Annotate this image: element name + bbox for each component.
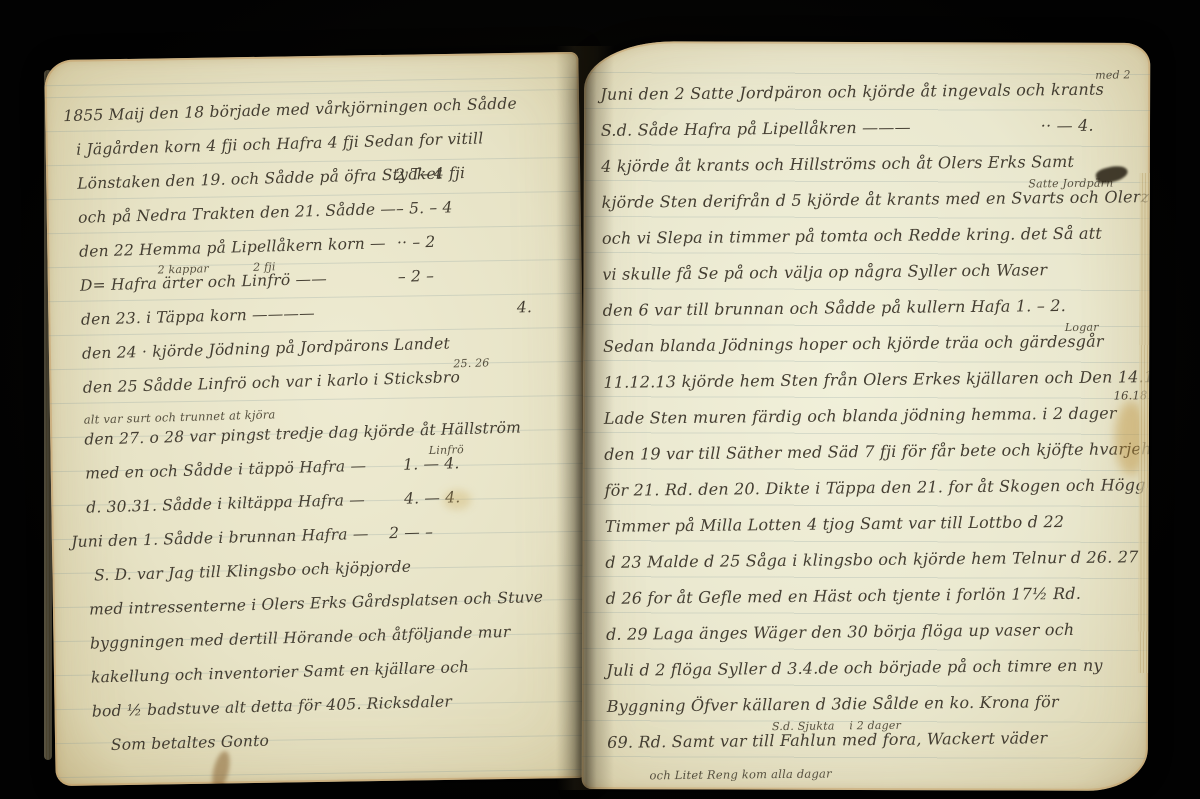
line-text: Timmer på Milla Lotten 4 tjog Samt var t… [605,512,1064,536]
line-text: Juli d 2 flöga Syller d 3.4.de och börja… [606,656,1102,680]
manuscript-line: den 19 var till Säther med Säd 7 fji för… [604,439,1145,481]
left-page-text: 1855 Maij den 18 började med vårkjörning… [75,93,587,771]
line-text: d. 29 Laga änges Wäger den 30 börja flög… [606,620,1074,644]
manuscript-line: vi skulle få Se på och välja op några Sy… [602,259,1143,301]
manuscript-line: för 21. Rd. den 20. Dikte i Täppa den 21… [604,475,1145,517]
manuscript-line: S.d. Såde Hafra på Lipellåkren ———·· — 4… [601,115,1142,157]
interlinear-note: med 2 [1095,68,1131,81]
interlinear-note: S.d. Sjukta i 2 dager [772,719,901,733]
interlinear-note: Logar [1065,321,1099,334]
line-text: och Litet Reng kom alla dagar [649,766,831,782]
manuscript-line: Lade Sten muren färdig och blanda jödnin… [604,403,1145,445]
line-text: Juni den 2 Satte Jordpäron och kjörde åt… [600,80,1104,104]
manuscript-line-small: och Litet Reng kom alla dagar [649,763,1148,786]
line-text: och vi Slepa in timmer på tomta och Redd… [602,224,1102,248]
line-text: Byggning Öfver källaren d 3die Sålde en … [607,692,1059,716]
interlinear-note: 16.18. [1113,388,1150,402]
line-text: den 6 var till brunnan och Sådde på kull… [603,296,1067,320]
manuscript-line: d 26 for åt Gefle med en Häst och tjente… [606,583,1147,625]
manuscript-line: 11.12.13 kjörde hem Sten från Olers Erke… [603,367,1144,409]
line-text: d 26 for åt Gefle med en Häst och tjente… [606,584,1082,608]
interlinear-note: 25. 26 [453,356,490,370]
line-text: 1855 Maij den 18 började med vårkjörning… [63,94,517,125]
manuscript-line: d. 29 Laga änges Wäger den 30 börja flög… [606,619,1147,661]
manuscript-line: LogarSedan blanda Jödnings hoper och kjö… [603,331,1144,373]
manuscript-line: den 6 var till brunnan och Sådde på kull… [603,295,1144,337]
manuscript-line: d 23 Malde d 25 Såga i klingsbo och kjör… [605,547,1146,589]
line-amount: 4. — 4. [404,488,461,508]
manuscript-line: Timmer på Milla Lotten 4 tjog Samt var t… [605,511,1146,553]
line-amount: ·· – 2 [397,233,436,252]
manuscript-line: S.d. Sjukta i 2 dager69. Rd. Samt var ti… [607,727,1148,769]
line-amount: 1. — 4. [403,454,460,474]
right-page-text: med 2Juni den 2 Satte Jordpäron och kjör… [600,79,1148,787]
manuscript-line: och vi Slepa in timmer på tomta och Redd… [602,223,1143,265]
line-amount: ·· — 4. [1041,116,1094,136]
manuscript-line: med 2Juni den 2 Satte Jordpäron och kjör… [600,79,1141,121]
manuscript-line: Juli d 2 flöga Syller d 3.4.de och börja… [606,655,1147,697]
line-text: vi skulle få Se på och välja op några Sy… [602,260,1047,284]
manuscript-line: Satte Jordpärnkjörde Sten derifrån d 5 k… [601,187,1142,229]
right-page: med 2Juni den 2 Satte Jordpäron och kjör… [582,41,1151,791]
left-page: 1855 Maij den 18 började med vårkjörning… [44,52,589,786]
line-text: S.d. Såde Hafra på Lipellåkren ——— [601,118,911,140]
interlinear-note: Satte Jordpärn [1028,177,1113,191]
line-text: 4 kjörde åt krants och Hillströms och åt… [601,152,1074,176]
line-amount: 4. [517,298,533,316]
line-amount: 2 T– 4 fji [395,164,466,184]
line-text: Lade Sten muren färdig och blanda jödnin… [604,403,1117,427]
line-amount: 2 — – [389,523,433,542]
line-amount: – 2 – [398,267,435,286]
line-text: Sedan blanda Jödnings hoper och kjörde t… [603,332,1104,356]
line-text: Som betaltes Gonto [111,732,270,754]
line-amount: – 5. – 4 [396,198,453,218]
photo-background: 1855 Maij den 18 började med vårkjörning… [0,0,1200,799]
